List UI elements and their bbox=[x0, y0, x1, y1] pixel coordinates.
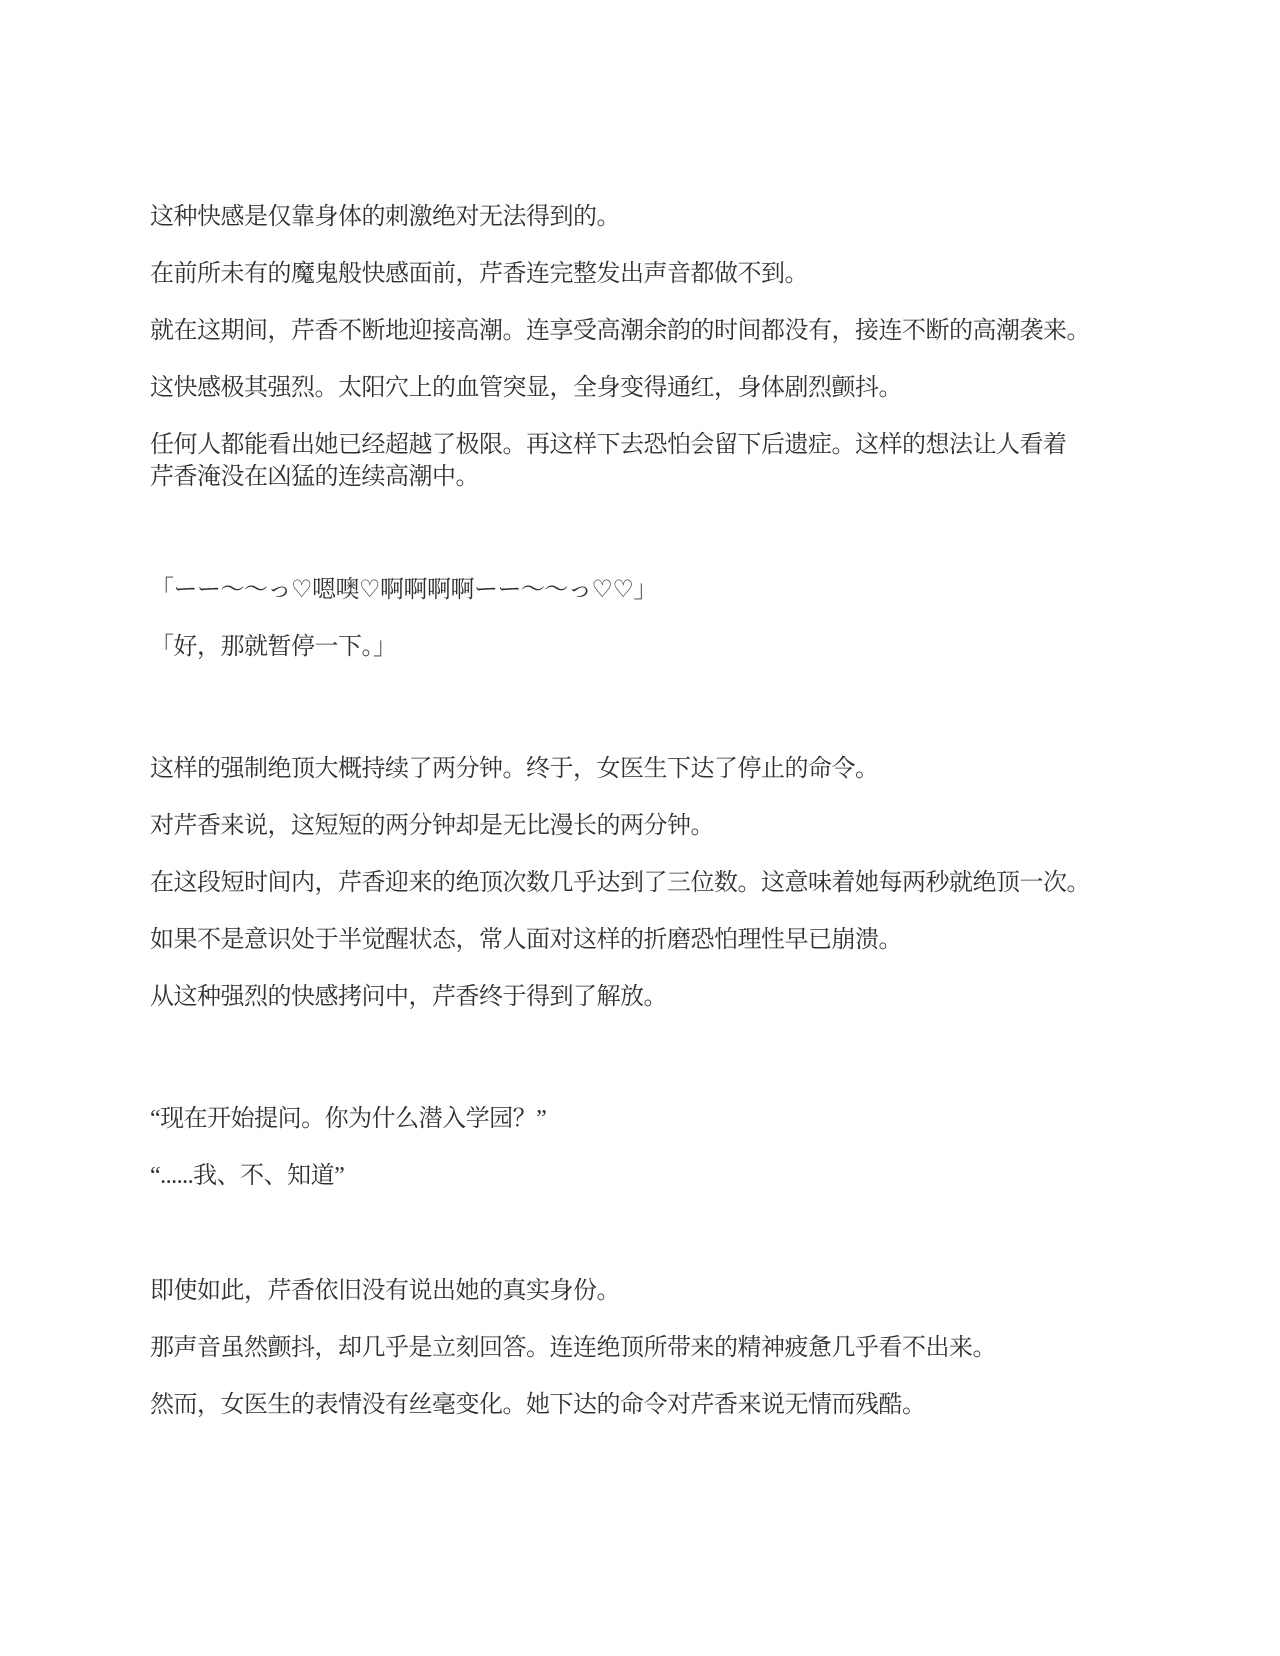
dialogue-line: 「好，那就暂停一下。」 bbox=[150, 631, 1160, 663]
paragraph: 在这段短时间内，芹香迎来的绝顶次数几乎达到了三位数。这意味着她每两秒就绝顶一次。 bbox=[150, 867, 1160, 899]
document-page: 这种快感是仅靠身体的刺激绝对无法得到的。 在前所未有的魔鬼般快感面前，芹香连完整… bbox=[0, 0, 1280, 1656]
quote-line: “现在开始提问。你为什么潜入学园？” bbox=[150, 1103, 1160, 1135]
dialogue-line: 「ーー～～っ♡嗯噢♡啊啊啊啊ーー～～っ♡♡」 bbox=[150, 574, 1160, 606]
paragraph: 这快感极其强烈。太阳穴上的血管突显，全身变得通红，身体剧烈颤抖。 bbox=[150, 372, 1160, 404]
quote-line: “......我、不、知道” bbox=[150, 1160, 1160, 1192]
paragraph: 任何人都能看出她已经超越了极限。再这样下去恐怕会留下后遗症。这样的想法让人看着 … bbox=[150, 429, 1160, 493]
paragraph: 从这种强烈的快感拷问中，芹香终于得到了解放。 bbox=[150, 981, 1160, 1013]
paragraph: 即使如此，芹香依旧没有说出她的真实身份。 bbox=[150, 1275, 1160, 1307]
text-column: 这种快感是仅靠身体的刺激绝对无法得到的。 在前所未有的魔鬼般快感面前，芹香连完整… bbox=[150, 0, 1160, 1421]
paragraph: 然而，女医生的表情没有丝毫变化。她下达的命令对芹香来说无情而残酷。 bbox=[150, 1389, 1160, 1421]
paragraph: 那声音虽然颤抖，却几乎是立刻回答。连连绝顶所带来的精神疲惫几乎看不出来。 bbox=[150, 1332, 1160, 1364]
paragraph: 就在这期间，芹香不断地迎接高潮。连享受高潮余韵的时间都没有，接连不断的高潮袭来。 bbox=[150, 315, 1160, 347]
paragraph: 这种快感是仅靠身体的刺激绝对无法得到的。 bbox=[150, 201, 1160, 233]
paragraph: 如果不是意识处于半觉醒状态，常人面对这样的折磨恐怕理性早已崩溃。 bbox=[150, 924, 1160, 956]
paragraph: 这样的强制绝顶大概持续了两分钟。终于，女医生下达了停止的命令。 bbox=[150, 753, 1160, 785]
paragraph: 在前所未有的魔鬼般快感面前，芹香连完整发出声音都做不到。 bbox=[150, 258, 1160, 290]
paragraph: 对芹香来说，这短短的两分钟却是无比漫长的两分钟。 bbox=[150, 810, 1160, 842]
